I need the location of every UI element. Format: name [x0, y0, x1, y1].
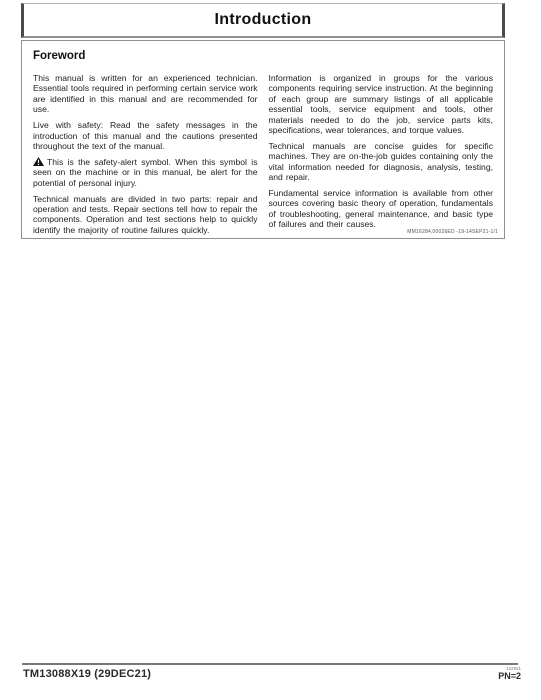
- page-header-box: Introduction: [21, 3, 505, 38]
- paragraph-text: This is the safety-alert symbol. When th…: [33, 157, 258, 188]
- paragraph-text: Information is organized in groups for t…: [269, 73, 494, 135]
- manual-id: TM13088X19 (29DEC21): [23, 668, 151, 680]
- paragraph-text: Fundamental service information is avail…: [269, 188, 494, 229]
- document-reference-code: MM16284,00026ED -19-14SEP21-1/1: [407, 229, 498, 235]
- foreword-section: Foreword This manual is written for an e…: [21, 40, 505, 239]
- page-title: Introduction: [215, 11, 312, 29]
- paragraph: This is the safety-alert symbol. When th…: [33, 157, 258, 188]
- left-column: This manual is written for an experience…: [33, 73, 258, 241]
- safety-alert-icon: [33, 157, 44, 166]
- page-number: PN=2: [498, 671, 521, 681]
- right-column: Information is organized in groups for t…: [269, 73, 494, 241]
- paragraph: Fundamental service information is avail…: [269, 188, 494, 230]
- paragraph: Technical manuals are divided in two par…: [33, 194, 258, 236]
- paragraph: This manual is written for an experience…: [33, 73, 258, 115]
- paragraph: Live with safety: Read the safety messag…: [33, 120, 258, 151]
- section-heading: Foreword: [33, 50, 493, 62]
- paragraph: Information is organized in groups for t…: [269, 73, 494, 135]
- paragraph-text: Live with safety: Read the safety messag…: [33, 120, 258, 151]
- paragraph-text: Technical manuals are concise guides for…: [269, 141, 494, 182]
- paragraph-text: This manual is written for an experience…: [33, 73, 258, 114]
- two-column-text: This manual is written for an experience…: [33, 73, 493, 241]
- footer-divider: [22, 663, 518, 665]
- paragraph: Technical manuals are concise guides for…: [269, 141, 494, 183]
- paragraph-text: Technical manuals are divided in two par…: [33, 194, 258, 235]
- footer-right-block: 122921 PN=2: [498, 666, 521, 681]
